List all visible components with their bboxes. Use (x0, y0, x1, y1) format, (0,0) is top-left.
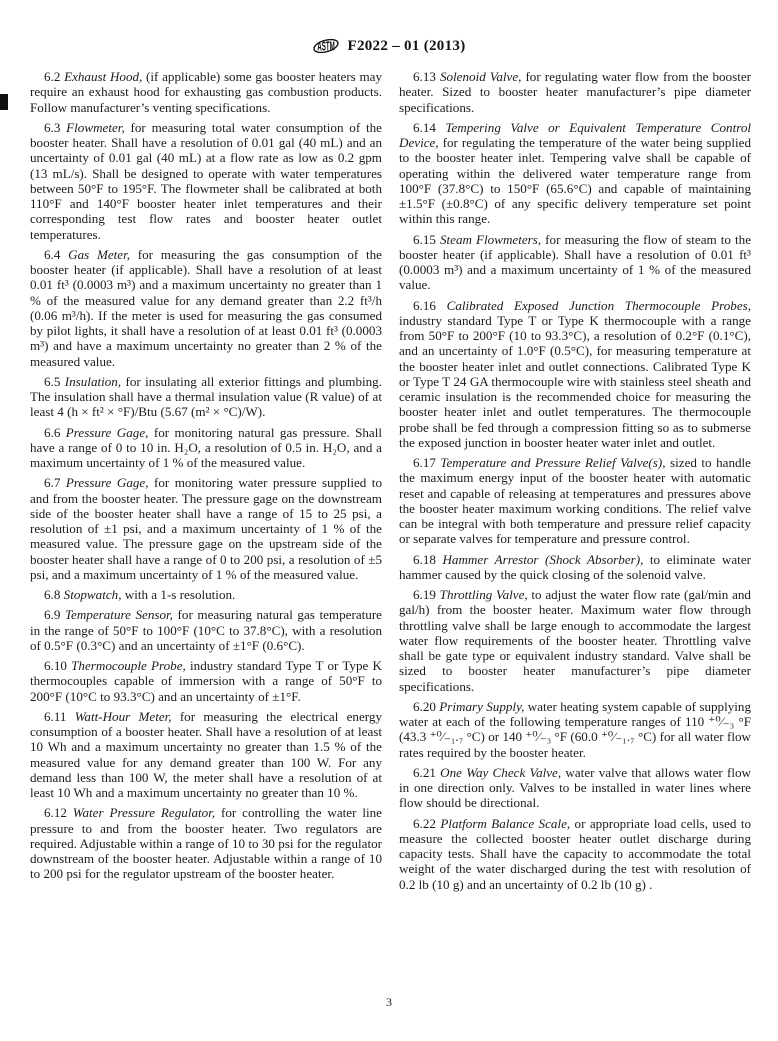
section-term: Calibrated Exposed Junction Thermocouple… (447, 298, 751, 313)
section-6.7: 6.7 Pressure Gage, for monitoring water … (30, 475, 382, 582)
section-6.2: 6.2 Exhaust Hood, (if applicable) some g… (30, 69, 382, 115)
section-term: Steam Flowmeters, (440, 232, 541, 247)
section-number: 6.4 (44, 247, 68, 262)
section-term: One Way Check Valve, (440, 765, 561, 780)
section-term: Pressure Gage, (66, 475, 149, 490)
section-term: Pressure Gage, (66, 425, 149, 440)
right-column: 6.13 Solenoid Valve, for regulating wate… (399, 69, 751, 892)
section-number: 6.15 (413, 232, 440, 247)
standard-code-title: F2022 – 01 (2013) (347, 38, 465, 55)
section-term: Insulation, (65, 374, 121, 389)
section-number: 6.17 (413, 455, 440, 470)
section-number: 6.22 (413, 816, 440, 831)
section-6.14: 6.14 Tempering Valve or Equivalent Tempe… (399, 120, 751, 227)
section-term: Flowmeter, (66, 120, 125, 135)
section-number: 6.20 (413, 699, 439, 714)
section-number: 6.7 (44, 475, 66, 490)
section-6.3: 6.3 Flowmeter, for measuring total water… (30, 120, 382, 242)
section-number: 6.3 (44, 120, 66, 135)
section-number: 6.13 (413, 69, 440, 84)
section-term: Hammer Arrestor (Shock Absorber), (442, 552, 643, 567)
section-number: 6.16 (413, 298, 447, 313)
section-6.19: 6.19 Throttling Valve, to adjust the wat… (399, 587, 751, 694)
section-6.10: 6.10 Thermocouple Probe, industry standa… (30, 658, 382, 704)
section-6.13: 6.13 Solenoid Valve, for regulating wate… (399, 69, 751, 115)
section-term: Primary Supply, (439, 699, 524, 714)
section-6.12: 6.12 Water Pressure Regulator, for contr… (30, 805, 382, 881)
section-text: for measuring the gas consumption of the… (30, 247, 382, 369)
section-6.4: 6.4 Gas Meter, for measuring the gas con… (30, 247, 382, 369)
section-6.21: 6.21 One Way Check Valve, water valve th… (399, 765, 751, 811)
astm-logo-icon: ASTM (312, 34, 340, 58)
left-column: 6.2 Exhaust Hood, (if applicable) some g… (30, 69, 382, 892)
section-term: Water Pressure Regulator, (73, 805, 215, 820)
section-text: for measuring total water consumption of… (30, 120, 382, 242)
section-6.18: 6.18 Hammer Arrestor (Shock Absorber), t… (399, 552, 751, 583)
section-term: Watt-Hour Meter, (75, 709, 172, 724)
section-number: 6.21 (413, 765, 440, 780)
page-header: ASTM F2022 – 01 (2013) (0, 0, 778, 58)
section-term: Solenoid Valve, (440, 69, 521, 84)
section-6.11: 6.11 Watt-Hour Meter, for measuring the … (30, 709, 382, 801)
section-text: for monitoring water pressure supplied t… (30, 475, 382, 582)
page-number: 3 (0, 995, 778, 1010)
section-6.16: 6.16 Calibrated Exposed Junction Thermoc… (399, 298, 751, 451)
section-number: 6.8 (44, 587, 64, 602)
section-number: 6.10 (44, 658, 71, 673)
section-6.5: 6.5 Insulation, for insulating all exter… (30, 374, 382, 420)
section-text: to adjust the water flow rate (gal/min a… (399, 587, 751, 694)
section-number: 6.6 (44, 425, 66, 440)
section-6.15: 6.15 Steam Flowmeters, for measuring the… (399, 232, 751, 293)
section-number: 6.14 (413, 120, 445, 135)
section-number: 6.5 (44, 374, 65, 389)
section-term: Stopwatch, (64, 587, 122, 602)
section-term: Gas Meter, (68, 247, 130, 262)
section-term: Throttling Valve, (440, 587, 528, 602)
section-number: 6.12 (44, 805, 73, 820)
section-text: for regulating the temperature of the wa… (399, 135, 751, 226)
section-6.20: 6.20 Primary Supply, water heating syste… (399, 699, 751, 760)
section-text: with a 1-s resolution. (121, 587, 235, 602)
section-6.17: 6.17 Temperature and Pressure Relief Val… (399, 455, 751, 547)
section-term: Temperature and Pressure Relief Valve(s)… (440, 455, 665, 470)
section-term: Exhaust Hood, (64, 69, 142, 84)
section-number: 6.11 (44, 709, 75, 724)
section-number: 6.2 (44, 69, 64, 84)
section-number: 6.19 (413, 587, 440, 602)
section-6.6: 6.6 Pressure Gage, for monitoring natura… (30, 425, 382, 471)
section-6.9: 6.9 Temperature Sensor, for measuring na… (30, 607, 382, 653)
section-number: 6.9 (44, 607, 65, 622)
section-6.8: 6.8 Stopwatch, with a 1-s resolution. (30, 587, 382, 602)
section-term: Thermocouple Probe, (71, 658, 186, 673)
section-text: industry standard Type T or Type K therm… (399, 313, 751, 450)
section-term: Platform Balance Scale, (440, 816, 570, 831)
document-body: 6.2 Exhaust Hood, (if applicable) some g… (30, 69, 751, 892)
scan-artifact-mark (0, 94, 8, 110)
section-number: 6.18 (413, 552, 442, 567)
section-6.22: 6.22 Platform Balance Scale, or appropri… (399, 816, 751, 892)
section-term: Temperature Sensor, (65, 607, 173, 622)
